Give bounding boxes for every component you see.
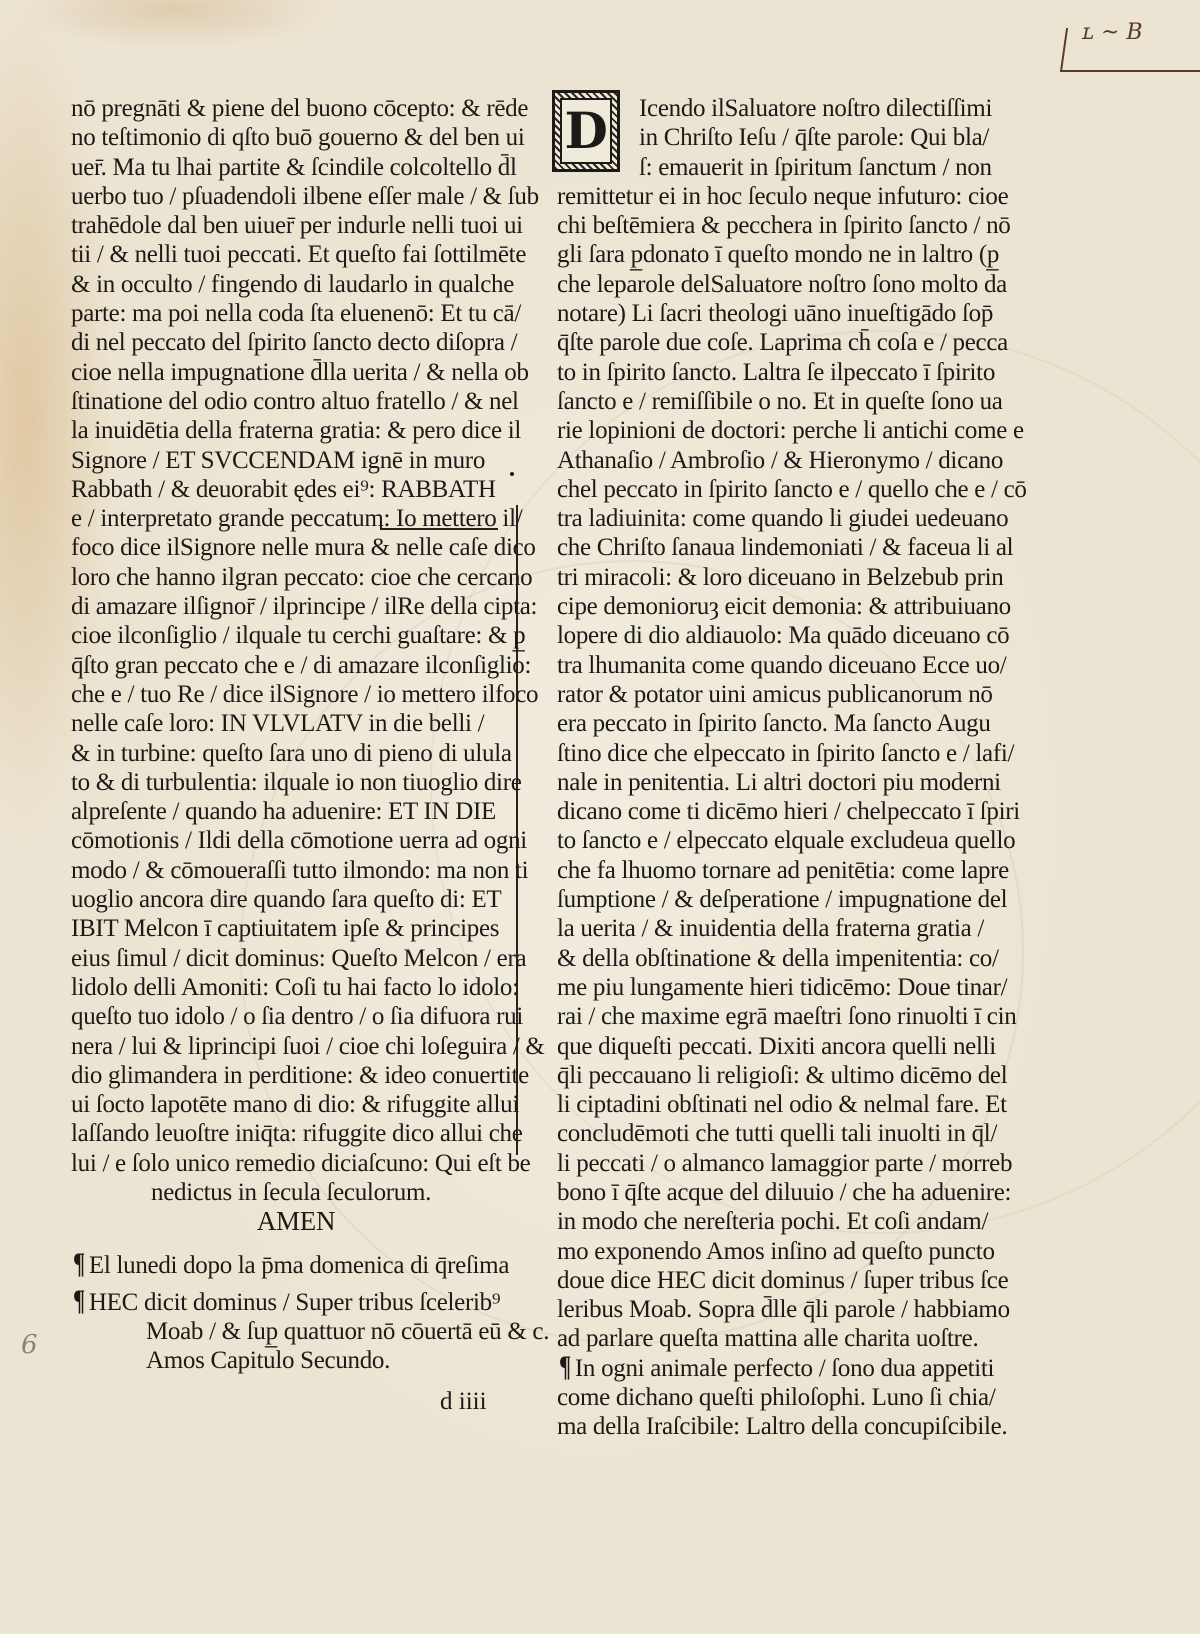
text-line: chel peccato in ſpirito ſancto e / quell…	[557, 475, 1012, 504]
text-line: Rabbath / & deuorabit ędes ei⁹: RABBATH	[71, 475, 521, 504]
text-line: uerbo tuo / pſuadendoli ilbene eſſer mal…	[71, 182, 521, 211]
text-line: dicano come ti dicēmo hieri / chelpeccat…	[557, 797, 1012, 826]
handwritten-margin-numeral: 6	[21, 1330, 38, 1360]
text-line: concludēmoti che tutti quelli tali inuol…	[557, 1119, 1012, 1148]
text-line: ad parlare queſta mattina alle charita u…	[557, 1324, 1012, 1353]
text-line: no teſtimonio di qſto buō gouerno & del …	[71, 123, 521, 152]
text-line: nelle caſe loro: IN VLVLATV in die belli…	[71, 709, 521, 738]
text-line: & in turbine: queſto ſara uno di pieno d…	[71, 739, 521, 768]
text-line: ui ſocto lapotēte mano di dio: & rifuggi…	[71, 1090, 521, 1119]
rubric-lunedi: ¶El lunedi dopo la p̄ma domenica di q̄re…	[71, 1251, 521, 1280]
text-line: queſto tuo idolo / o ſia dentro / o ſia …	[71, 1002, 521, 1031]
text-line: tii / & nelli tuoi peccati. Et queſto fa…	[71, 240, 521, 269]
rubric-moab: Moab / & ſup̲ quattuor nō cōuertā eū & c…	[71, 1317, 521, 1346]
text-line: eius ſimul / dicit dominus: Queſto Melco…	[71, 944, 521, 973]
text-line: la uerita / & inuidentia della fraterna …	[557, 914, 1012, 943]
text-line: tra lhumanita come quando diceuano Ecce …	[557, 651, 1012, 680]
text-line: tri miracoli: & loro diceuano in Belzebu…	[557, 563, 1012, 592]
text-line: lidolo delli Amoniti: Coſi tu hai facto …	[71, 973, 521, 1002]
handwritten-folio-text: ʟ ~ B	[1082, 20, 1143, 45]
rubric-hec: ¶HEC dicit dominus / Super tribus ſceler…	[71, 1288, 521, 1317]
drop-cap-letter: D	[560, 98, 612, 164]
text-line: lopere di dio aldiauolo: Ma quādo diceua…	[557, 621, 1012, 650]
text-line: loro che hanno ilgran peccato: cioe che …	[71, 563, 521, 592]
text-line: cioe ilconſiglio / ilquale tu cerchi gua…	[71, 621, 521, 650]
spacer	[71, 1237, 521, 1251]
text-line: che Chriſto ſanaua lindemoniati / & face…	[557, 533, 1012, 562]
text-line: ſtinatione del odio contro altuo fratell…	[71, 387, 521, 416]
incunabulum-page: ʟ ~ B 6 nō pregnāti & piene del buono cō…	[0, 0, 1200, 1634]
drop-line: in Chriſto Ieſu / q̄ſte parole: Qui bla/	[557, 123, 1012, 152]
text-line: trahēdole dal ben uiuer̄ per indurle nel…	[71, 211, 521, 240]
right-column-body: remittetur ei in hoc ſeculo neque infutu…	[557, 182, 1012, 1354]
drop-cap-block: D Icendo ilSaluatore noſtro dilectiſſimi…	[557, 94, 1012, 182]
paragraph-line: come dichano queſti philoſophi. Luno ſi …	[557, 1383, 1012, 1412]
ornamented-drop-cap: D	[552, 90, 620, 172]
text-line: ſancto e / remiſſibile o no. Et in queſt…	[557, 387, 1012, 416]
text-line: Athanaſio / Ambroſio / & Hieronymo / dic…	[557, 446, 1012, 475]
text-line: cipe demonioruȝ eicit demonia: & attribu…	[557, 592, 1012, 621]
text-line: Signore / ET SVCCENDAM ignē in muro	[71, 446, 521, 475]
text-line: dio glimandera in perditione: & ideo con…	[71, 1061, 521, 1090]
text-line: era peccato in ſpirito ſancto. Ma ſancto…	[557, 709, 1012, 738]
text-line: gli ſara p̲donato ī queſto mondo ne in l…	[557, 240, 1012, 269]
text-line: & della obſtinatione & della impenitenti…	[557, 944, 1012, 973]
text-line: chi beſtēmiera & pecchera in ſpirito ſan…	[557, 211, 1012, 240]
paragraph-text: In ogni animale perfecto / ſono dua appe…	[575, 1355, 994, 1382]
text-line: che e / tuo Re / dice ilSignore / io met…	[71, 680, 521, 709]
text-line: alpreſente / quando ha aduenire: ET IN D…	[71, 797, 521, 826]
text-line: remittetur ei in hoc ſeculo neque infutu…	[557, 182, 1012, 211]
text-line: nō pregnāti & piene del buono cōcepto: &…	[71, 94, 521, 123]
text-line: doue dice HEC dicit dominus / ſuper trib…	[557, 1266, 1012, 1295]
text-line: notare) Li ſacri theologi uāno inueſtigā…	[557, 299, 1012, 328]
drop-line: Icendo ilSaluatore noſtro dilectiſſimi	[557, 94, 1012, 123]
text-line: q̄li peccauano li religioſi: & ultimo di…	[557, 1061, 1012, 1090]
text-line: q̄ſte parole due coſe. Laprima ch̄ coſa …	[557, 328, 1012, 357]
text-line: leribus Moab. Sopra d̄lle q̄li parole / …	[557, 1295, 1012, 1324]
pilcrow-icon: ¶	[559, 1357, 571, 1377]
paragraph-start: ¶In ogni animale perfecto / ſono dua app…	[557, 1354, 1012, 1383]
text-line: rie lopinioni de doctori: perche li anti…	[557, 416, 1012, 445]
text-line: nera / lui & liprincipi ſuoi / cioe chi …	[71, 1032, 521, 1061]
text-line: mo exponendo Amos inſino ad queſto punct…	[557, 1237, 1012, 1266]
text-line: la inuidētia della fraterna gratia: & pe…	[71, 416, 521, 445]
text-line: bono ī q̄ſte acque del diluuio / che ha …	[557, 1178, 1012, 1207]
text-line: cōmotionis / Ildi della cōmotione uerra …	[71, 826, 521, 855]
closing-line: nedictus in ſecula ſeculorum.	[71, 1178, 521, 1207]
rubric-lunedi-text: El lunedi dopo la p̄ma domenica di q̄reſ…	[89, 1252, 509, 1279]
text-line: parte: ma poi nella coda ſta eluenenō: E…	[71, 299, 521, 328]
text-line: to ſancto e / elpeccato elquale excludeu…	[557, 826, 1012, 855]
text-line: che leparole delSaluatore noſtro ſono mo…	[557, 270, 1012, 299]
text-line: q̄ſto gran peccato che e / di amazare il…	[71, 651, 521, 680]
text-line: laſſando leuoſtre iniq̄ta: rifuggite dic…	[71, 1119, 521, 1148]
text-line: uer̄. Ma tu lhai partite & ſcindile colc…	[71, 153, 521, 182]
text-line: to & di turbulentia: ilquale io non tiuo…	[71, 768, 521, 797]
text-line: in modo che nereſteria pochi. Et coſi an…	[557, 1207, 1012, 1236]
text-line: IBIT Melcon ī captiuitatem ipſe & princi…	[71, 914, 521, 943]
text-line: foco dice ilSignore nelle mura & nelle c…	[71, 533, 521, 562]
text-line: uoglio ancora dire quando ſara queſto di…	[71, 885, 521, 914]
left-column: nō pregnāti & piene del buono cōcepto: &…	[71, 94, 521, 1376]
text-line: di nel peccato del ſpirito ſancto decto …	[71, 328, 521, 357]
text-line: modo / & cōmoueraſſi tutto ilmondo: ma n…	[71, 856, 521, 885]
drop-line: ſ: emauerit in ſpiritum ſanctum / non	[557, 153, 1012, 182]
text-line: lui / e ſolo unico remedio diciaſcuno: Q…	[71, 1149, 521, 1178]
rubric-hec-text: HEC dicit dominus / Super tribus ſceleri…	[89, 1289, 500, 1316]
text-line: ſumptione / & deſperatione / impugnation…	[557, 885, 1012, 914]
right-column: D Icendo ilSaluatore noſtro dilectiſſimi…	[557, 94, 1012, 1442]
text-line: tra ladiuinita: come quando li giudei ue…	[557, 504, 1012, 533]
left-column-body: nō pregnāti & piene del buono cōcepto: &…	[71, 94, 521, 1178]
spacer	[71, 1280, 521, 1288]
pilcrow-icon: ¶	[73, 1291, 85, 1311]
text-line: to in ſpirito ſancto. Laltra ſe ilpeccat…	[557, 358, 1012, 387]
pilcrow-icon: ¶	[73, 1254, 85, 1274]
rubric-amos-chapter: Amos Capitulo Secundo.	[71, 1346, 521, 1375]
text-line: cioe nella impugnatione d̄lla uerita / &…	[71, 358, 521, 387]
text-line: e / interpretato grande peccatum: Io met…	[71, 504, 521, 533]
text-line: li peccati / o almanco lamaggior parte /…	[557, 1149, 1012, 1178]
signature-mark: d iiii	[440, 1388, 487, 1416]
amen-heading: AMEN	[71, 1207, 521, 1236]
text-line: li ciptadini obſtinati nel odio & nelmal…	[557, 1090, 1012, 1119]
text-line: nale in penitentia. Li altri doctori piu…	[557, 768, 1012, 797]
text-line: rator & potator uini amicus publicanorum…	[557, 680, 1012, 709]
text-line: & in occulto / fingendo di laudarlo in q…	[71, 270, 521, 299]
text-line: rai / che maxime egrā maeſtri ſono rinuo…	[557, 1002, 1012, 1031]
paragraph-line: ma della Iraſcibile: Laltro della concup…	[557, 1412, 1012, 1441]
text-line: me piu lungamente hieri tidicēmo: Doue t…	[557, 973, 1012, 1002]
text-line: che fa lhuomo tornare ad penitētia: come…	[557, 856, 1012, 885]
text-line: ſtino dice che elpeccato in ſpirito ſanc…	[557, 739, 1012, 768]
text-line: que diqueſti peccati. Dixiti ancora quel…	[557, 1032, 1012, 1061]
text-line: di amazare ilſignor̄ / ilprincipe / ilRe…	[71, 592, 521, 621]
